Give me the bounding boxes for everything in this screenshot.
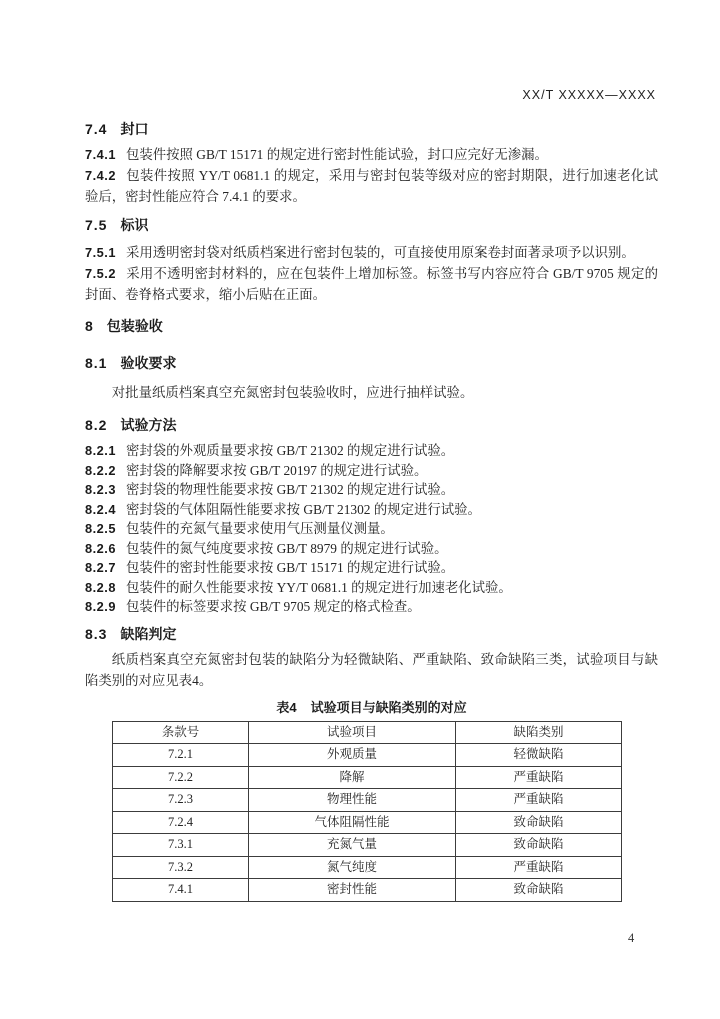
clause-number: 7.4.1 <box>85 147 116 162</box>
section-heading-8-3: 8.3缺陷判定 <box>85 623 658 645</box>
clause-text: 包装件的耐久性能要求按 YY/T 0681.1 的规定进行加速老化试验。 <box>126 580 512 595</box>
section-heading-8-1: 8.1验收要求 <box>85 352 658 374</box>
cell-test-item: 物理性能 <box>249 789 456 812</box>
cell-clause: 7.4.1 <box>113 879 249 902</box>
cell-defect-class: 轻微缺陷 <box>456 744 622 767</box>
clause-8-2-9: 8.2.9包装件的标签要求按 GB/T 9705 规定的格式检查。 <box>85 597 658 617</box>
clause-text: 包装件的氮气纯度要求按 GB/T 8979 的规定进行试验。 <box>126 541 448 556</box>
section-title: 标识 <box>120 217 148 233</box>
section-number: 8.1 <box>85 355 107 371</box>
page-number: 4 <box>628 931 634 946</box>
clause-7-5-2: 7.5.2采用不透明密封材料的，应在包装件上增加标签。标签书写内容应符合 GB/… <box>85 263 658 305</box>
clause-number: 8.2.1 <box>85 443 116 458</box>
clause-8-2-2: 8.2.2密封袋的降解要求按 GB/T 20197 的规定进行试验。 <box>85 461 658 481</box>
table-row: 7.2.4气体阻隔性能致命缺陷 <box>113 811 622 834</box>
cell-defect-class: 严重缺陷 <box>456 789 622 812</box>
doc-number-header: XX/T XXXXX—XXXX <box>522 88 656 102</box>
section-number: 7.4 <box>85 121 107 137</box>
column-header-defect-class: 缺陷类别 <box>456 721 622 744</box>
paragraph-8-1: 对批量纸质档案真空充氮密封包装验收时，应进行抽样试验。 <box>85 382 658 403</box>
clause-number: 8.2.8 <box>85 580 116 595</box>
cell-test-item: 气体阻隔性能 <box>249 811 456 834</box>
clause-number: 8.2.3 <box>85 482 116 497</box>
clause-text: 密封袋的外观质量要求按 GB/T 21302 的规定进行试验。 <box>126 443 454 458</box>
cell-clause: 7.3.2 <box>113 856 249 879</box>
cell-test-item: 氮气纯度 <box>249 856 456 879</box>
clause-8-2-1: 8.2.1密封袋的外观质量要求按 GB/T 21302 的规定进行试验。 <box>85 441 658 461</box>
cell-clause: 7.3.1 <box>113 834 249 857</box>
cell-test-item: 外观质量 <box>249 744 456 767</box>
section-heading-7-5: 7.5标识 <box>85 214 658 236</box>
clause-7-5-1: 7.5.1采用透明密封袋对纸质档案进行密封包装的，可直接使用原案卷封面著录项予以… <box>85 242 658 263</box>
table-caption-title: 试验项目与缺陷类别的对应 <box>311 700 467 715</box>
clause-8-2-3: 8.2.3密封袋的物理性能要求按 GB/T 21302 的规定进行试验。 <box>85 480 658 500</box>
page-content: 7.4封口 7.4.1包装件按照 GB/T 15171 的规定进行密封性能试验，… <box>85 118 658 902</box>
clause-8-2-4: 8.2.4密封袋的气体阻隔性能要求按 GB/T 21302 的规定进行试验。 <box>85 500 658 520</box>
clause-number: 8.2.6 <box>85 541 116 556</box>
clause-number: 7.5.2 <box>85 266 116 281</box>
clause-8-2-6: 8.2.6包装件的氮气纯度要求按 GB/T 8979 的规定进行试验。 <box>85 539 658 559</box>
clause-text: 包装件的密封性能要求按 GB/T 15171 的规定进行试验。 <box>126 560 454 575</box>
clause-text: 密封袋的气体阻隔性能要求按 GB/T 21302 的规定进行试验。 <box>126 502 481 517</box>
table-row: 7.3.1充氮气量致命缺陷 <box>113 834 622 857</box>
column-header-test-item: 试验项目 <box>249 721 456 744</box>
table-row: 7.4.1密封性能致命缺陷 <box>113 879 622 902</box>
table-row: 7.2.3物理性能严重缺陷 <box>113 789 622 812</box>
clause-number: 8.2.2 <box>85 463 116 478</box>
clause-text: 采用透明密封袋对纸质档案进行密封包装的，可直接使用原案卷封面著录项予以识别。 <box>126 245 635 260</box>
clause-7-4-1: 7.4.1包装件按照 GB/T 15171 的规定进行密封性能试验，封口应完好无… <box>85 144 658 165</box>
clause-text: 包装件按照 GB/T 15171 的规定进行密封性能试验，封口应完好无渗漏。 <box>126 147 548 162</box>
clause-number: 7.5.1 <box>85 245 116 260</box>
column-header-clause: 条款号 <box>113 721 249 744</box>
clause-number: 7.4.2 <box>85 168 116 183</box>
table-header-row: 条款号 试验项目 缺陷类别 <box>113 721 622 744</box>
clause-8-2-8: 8.2.8包装件的耐久性能要求按 YY/T 0681.1 的规定进行加速老化试验… <box>85 578 658 598</box>
cell-clause: 7.2.3 <box>113 789 249 812</box>
cell-test-item: 充氮气量 <box>249 834 456 857</box>
clause-text: 采用不透明密封材料的，应在包装件上增加标签。标签书写内容应符合 GB/T 970… <box>85 266 658 302</box>
table-row: 7.2.2降解严重缺陷 <box>113 766 622 789</box>
section-title: 封口 <box>120 121 148 137</box>
table-caption: 表4试验项目与缺陷类别的对应 <box>85 698 658 718</box>
cell-defect-class: 严重缺陷 <box>456 856 622 879</box>
section-number: 7.5 <box>85 217 107 233</box>
section-number: 8.2 <box>85 417 107 433</box>
clause-block-8-2: 8.2.1密封袋的外观质量要求按 GB/T 21302 的规定进行试验。 8.2… <box>85 441 658 617</box>
chapter-number: 8 <box>85 318 94 334</box>
section-number: 8.3 <box>85 626 107 642</box>
clause-number: 8.2.4 <box>85 502 116 517</box>
section-title: 试验方法 <box>120 417 176 433</box>
cell-test-item: 降解 <box>249 766 456 789</box>
clause-block-7-5: 7.5.1采用透明密封袋对纸质档案进行密封包装的，可直接使用原案卷封面著录项予以… <box>85 242 658 305</box>
clause-number: 8.2.7 <box>85 560 116 575</box>
table-row: 7.3.2氮气纯度严重缺陷 <box>113 856 622 879</box>
chapter-title: 包装验收 <box>107 318 163 334</box>
clause-number: 8.2.9 <box>85 599 116 614</box>
clause-8-2-5: 8.2.5包装件的充氮气量要求使用气压测量仪测量。 <box>85 519 658 539</box>
cell-clause: 7.2.2 <box>113 766 249 789</box>
section-title: 缺陷判定 <box>120 626 176 642</box>
table-row: 7.2.1外观质量轻微缺陷 <box>113 744 622 767</box>
section-title: 验收要求 <box>120 355 176 371</box>
cell-defect-class: 致命缺陷 <box>456 811 622 834</box>
clause-block-7-4: 7.4.1包装件按照 GB/T 15171 的规定进行密封性能试验，封口应完好无… <box>85 144 658 207</box>
clause-text: 包装件的充氮气量要求使用气压测量仪测量。 <box>126 521 394 536</box>
table-caption-label: 表4 <box>276 700 296 715</box>
clause-text: 密封袋的物理性能要求按 GB/T 21302 的规定进行试验。 <box>126 482 454 497</box>
cell-defect-class: 致命缺陷 <box>456 834 622 857</box>
clause-text: 包装件按照 YY/T 0681.1 的规定，采用与密封包装等级对应的密封期限，进… <box>85 168 658 204</box>
cell-defect-class: 严重缺陷 <box>456 766 622 789</box>
cell-clause: 7.2.1 <box>113 744 249 767</box>
section-heading-7-4: 7.4封口 <box>85 118 658 140</box>
clause-7-4-2: 7.4.2包装件按照 YY/T 0681.1 的规定，采用与密封包装等级对应的密… <box>85 165 658 207</box>
clause-text: 密封袋的降解要求按 GB/T 20197 的规定进行试验。 <box>126 463 427 478</box>
cell-test-item: 密封性能 <box>249 879 456 902</box>
cell-clause: 7.2.4 <box>113 811 249 834</box>
clause-text: 包装件的标签要求按 GB/T 9705 规定的格式检查。 <box>126 599 421 614</box>
clause-8-2-7: 8.2.7包装件的密封性能要求按 GB/T 15171 的规定进行试验。 <box>85 558 658 578</box>
cell-defect-class: 致命缺陷 <box>456 879 622 902</box>
clause-number: 8.2.5 <box>85 521 116 536</box>
document-page: XX/T XXXXX—XXXX 7.4封口 7.4.1包装件按照 GB/T 15… <box>0 0 720 1019</box>
paragraph-8-3: 纸质档案真空充氮密封包装的缺陷分为轻微缺陷、严重缺陷、致命缺陷三类，试验项目与缺… <box>85 649 658 691</box>
table-4-defect-classification: 条款号 试验项目 缺陷类别 7.2.1外观质量轻微缺陷 7.2.2降解严重缺陷 … <box>112 721 622 902</box>
section-heading-8-2: 8.2试验方法 <box>85 414 658 436</box>
chapter-heading-8: 8包装验收 <box>85 315 658 337</box>
